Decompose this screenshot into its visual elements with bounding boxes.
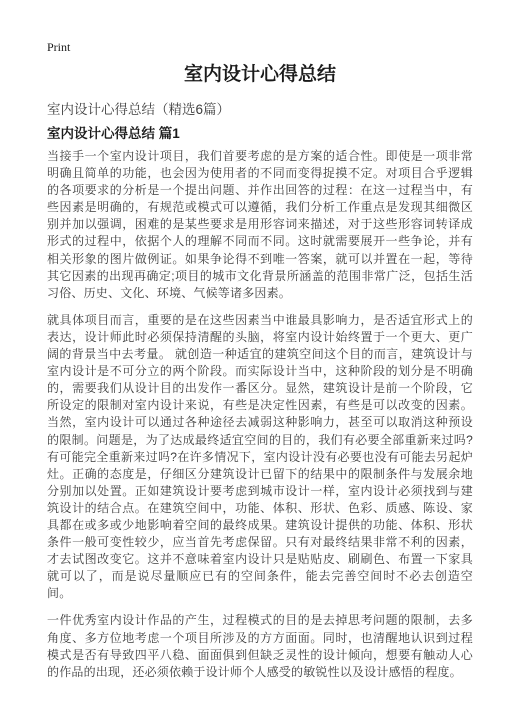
page-title: 室内设计心得总结 — [0, 62, 520, 88]
article-body: 当接手一个室内设计项目，我们首要考虑的是方案的适合性。即使是一项非常明确且简单的… — [47, 148, 473, 691]
print-link[interactable]: Print — [47, 40, 70, 55]
paragraph-3: 一件优秀室内设计作品的产生，过程模式的目的是去掉思考问题的限制，去多角度、多方位… — [47, 612, 473, 680]
section-heading: 室内设计心得总结 篇1 — [47, 125, 180, 143]
paragraph-2: 就具体项目而言，重要的是在这些因素当中谁最具影响力，是否适宜形式上的表达，设计师… — [47, 312, 473, 603]
document-page: Print 室内设计心得总结 室内设计心得总结（精选6篇） 室内设计心得总结 篇… — [0, 0, 520, 718]
paragraph-1: 当接手一个室内设计项目，我们首要考虑的是方案的适合性。即使是一项非常明确且简单的… — [47, 148, 473, 302]
article-subtitle: 室内设计心得总结（精选6篇） — [47, 101, 230, 119]
